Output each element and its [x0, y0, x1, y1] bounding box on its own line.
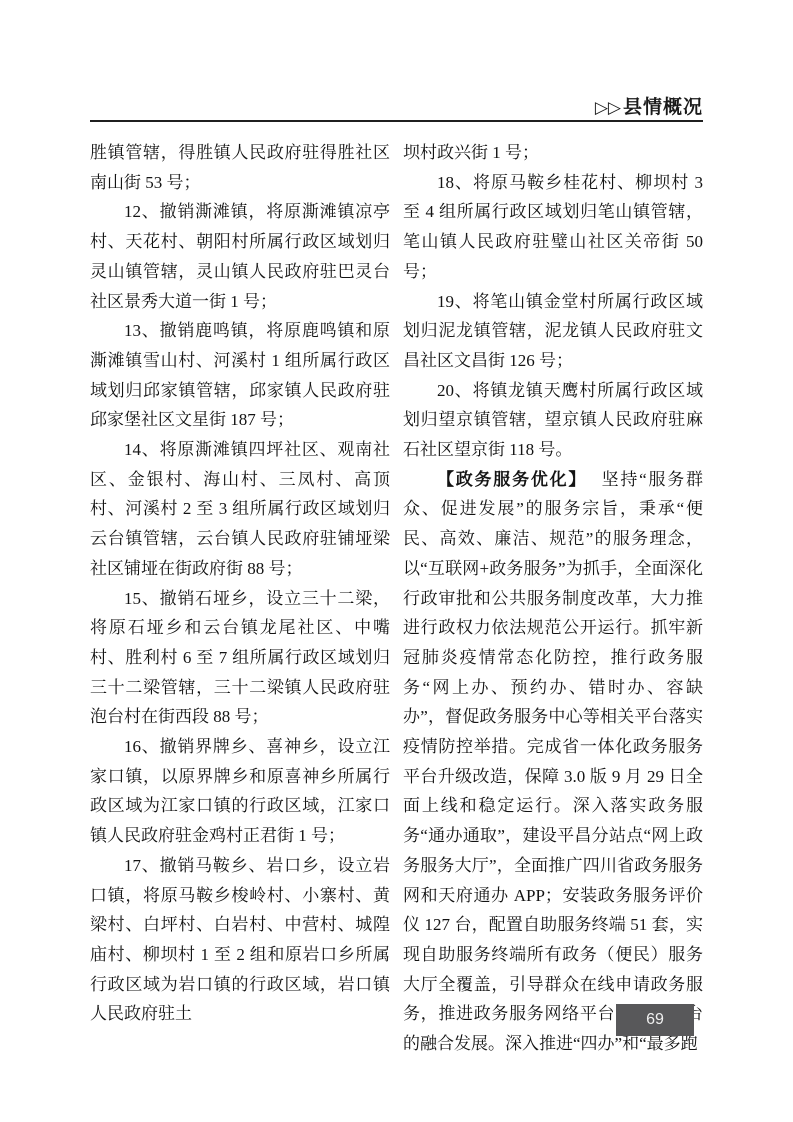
page-header-title: 县情概况 [623, 97, 703, 118]
right-column: 坝村政兴街 1 号； 18、将原马鞍乡桂花村、柳坝村 3 至 4 组所属行政区域… [403, 138, 703, 1059]
paragraph-13: 13、撤销鹿鸣镇，将原鹿鸣镇和原澌滩镇雪山村、河溪村 1 组所属行政区域划归邱家… [90, 316, 390, 435]
page-number-badge: 69 [616, 1004, 694, 1036]
paragraph-15: 15、撤销石垭乡，设立三十二梁，将原石垭乡和云台镇龙尾社区、中嘴村、胜利村 6 … [90, 584, 390, 733]
paragraph-17-continuation: 坝村政兴街 1 号； [403, 138, 703, 168]
page-number: 69 [646, 1011, 664, 1029]
page-header: ▷▷县情概况 [90, 92, 703, 119]
paragraph-14: 14、将原澌滩镇四坪社区、观南社区、金银村、海山村、三凤村、高顶村、河溪村 2 … [90, 435, 390, 584]
left-column: 胜镇管辖，得胜镇人民政府驻得胜社区南山街 53 号； 12、撤销澌滩镇，将原澌滩… [90, 138, 390, 1059]
two-column-text-area: 胜镇管辖，得胜镇人民政府驻得胜社区南山街 53 号； 12、撤销澌滩镇，将原澌滩… [90, 138, 703, 1059]
header-divider [90, 120, 703, 122]
paragraph-gov-service-optimization: 【政务服务优化】坚持“服务群众、促进发展”的服务宗旨，秉承“便民、高效、廉洁、规… [403, 465, 703, 1059]
paragraph-16: 16、撤销界牌乡、喜神乡，设立江家口镇，以原界牌乡和原喜神乡所属行政区域为江家口… [90, 732, 390, 851]
entry-heading: 【政务服务优化】 [437, 470, 587, 489]
paragraph-12: 12、撤销澌滩镇，将原澌滩镇凉亭村、天花村、朝阳村所属行政区域划归灵山镇管辖，灵… [90, 197, 390, 316]
entry-body-text: 坚持“服务群众、促进发展”的服务宗旨，秉承“便民、高效、廉洁、规范”的服务理念，… [403, 470, 703, 1053]
paragraph-11-continuation: 胜镇管辖，得胜镇人民政府驻得胜社区南山街 53 号； [90, 138, 390, 197]
paragraph-20: 20、将镇龙镇天鹰村所属行政区域划归望京镇管辖，望京镇人民政府驻麻石社区望京街 … [403, 376, 703, 465]
paragraph-19: 19、将笔山镇金堂村所属行政区域划归泥龙镇管辖，泥龙镇人民政府驻文昌社区文昌街 … [403, 287, 703, 376]
paragraph-18: 18、将原马鞍乡桂花村、柳坝村 3 至 4 组所属行政区域划归笔山镇管辖，笔山镇… [403, 168, 703, 287]
paragraph-17: 17、撤销马鞍乡、岩口乡，设立岩口镇，将原马鞍乡梭岭村、小寨村、黄梁村、白坪村、… [90, 851, 390, 1029]
header-arrows-icon: ▷▷ [595, 98, 621, 117]
